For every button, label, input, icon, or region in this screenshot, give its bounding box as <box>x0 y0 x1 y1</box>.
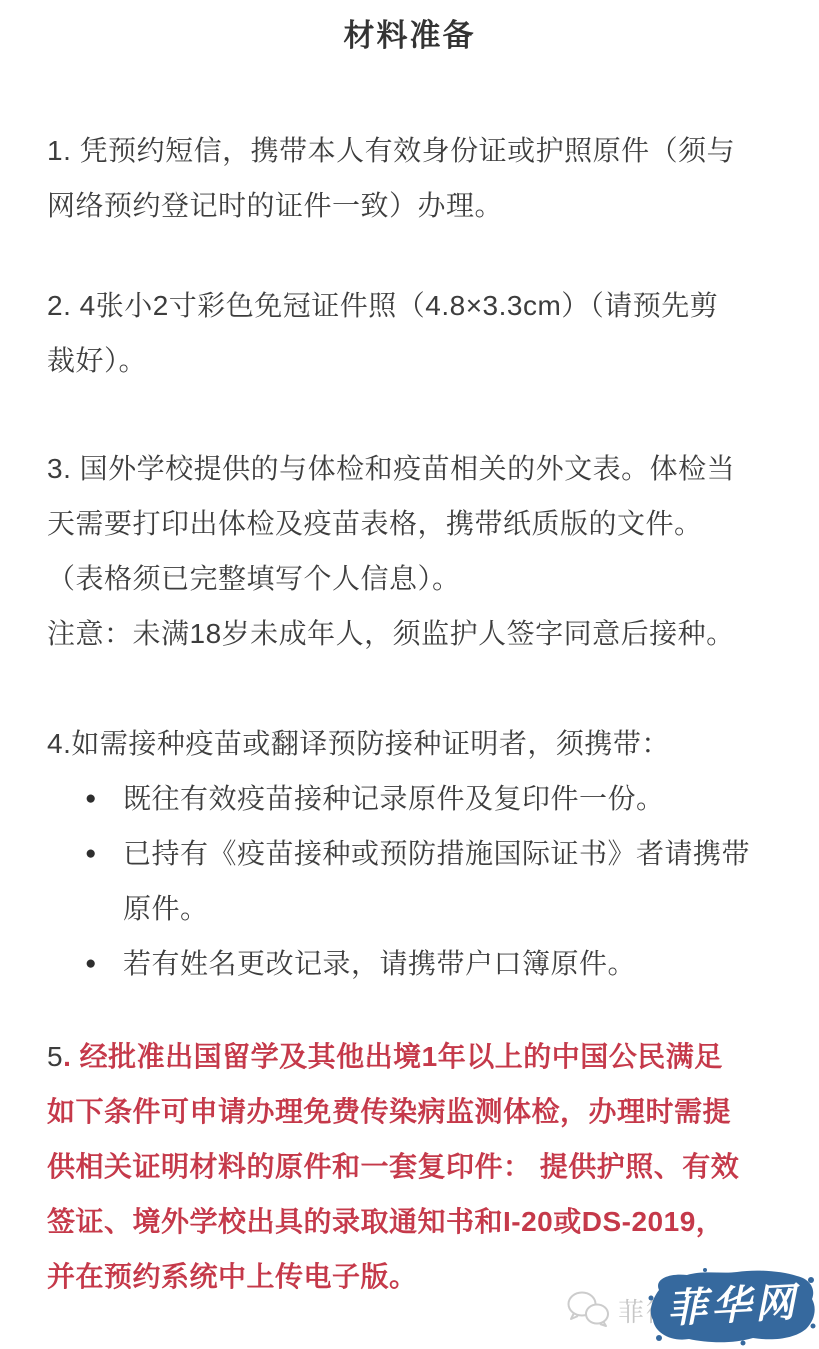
logo-text: 菲华网 <box>658 1276 809 1336</box>
paragraph-item-4: 4.如需接种疫苗或翻译预防接种证明者，须携带： <box>47 716 772 771</box>
requirements-list: ● 既往有效疫苗接种记录原件及复印件一份。 ● 已持有《疫苗接种或预防措施国际证… <box>85 771 772 991</box>
list-item-text: 既往有效疫苗接种记录原件及复印件一份。 <box>123 771 772 826</box>
page-title: 材料准备 <box>47 0 772 59</box>
list-item-text: 已持有《疫苗接种或预防措施国际证书》者请携带 原件。 <box>123 826 772 936</box>
list-item: ● 若有姓名更改记录，请携带户口簿原件。 <box>85 936 772 991</box>
paragraph-item-2: 2. 4张小2寸彩色免冠证件照（4.8×3.3cm）（请预先剪 裁好）。 <box>47 278 772 388</box>
item5-highlight-text: . 经批准出国留学及其他出境1年以上的中国公民满足 如下条件可申请办理免费传染病… <box>47 1041 739 1292</box>
bullet-icon: ● <box>85 771 123 826</box>
paragraph-item-5: 5. 经批准出国留学及其他出境1年以上的中国公民满足 如下条件可申请办理免费传染… <box>47 1029 772 1304</box>
list-item: ● 既往有效疫苗接种记录原件及复印件一份。 <box>85 771 772 826</box>
article-page: 材料准备 1. 凭预约短信，携带本人有效身份证或护照原件（须与 网络预约登记时的… <box>0 0 819 1349</box>
paragraph-item-3: 3. 国外学校提供的与体检和疫苗相关的外文表。体检当 天需要打印出体检及疫苗表格… <box>47 441 772 661</box>
bullet-icon: ● <box>85 936 123 991</box>
wechat-icon <box>566 1290 610 1333</box>
feihua-logo: 菲华网 <box>645 1268 817 1346</box>
paragraph-item-1: 1. 凭预约短信，携带本人有效身份证或护照原件（须与 网络预约登记时的证件一致）… <box>47 123 772 233</box>
list-item-text: 若有姓名更改记录，请携带户口簿原件。 <box>123 936 772 991</box>
item5-number: 5 <box>47 1041 63 1072</box>
list-item: ● 已持有《疫苗接种或预防措施国际证书》者请携带 原件。 <box>85 826 772 936</box>
bullet-icon: ● <box>85 826 123 881</box>
article-content: 材料准备 1. 凭预约短信，携带本人有效身份证或护照原件（须与 网络预约登记时的… <box>0 0 819 1304</box>
